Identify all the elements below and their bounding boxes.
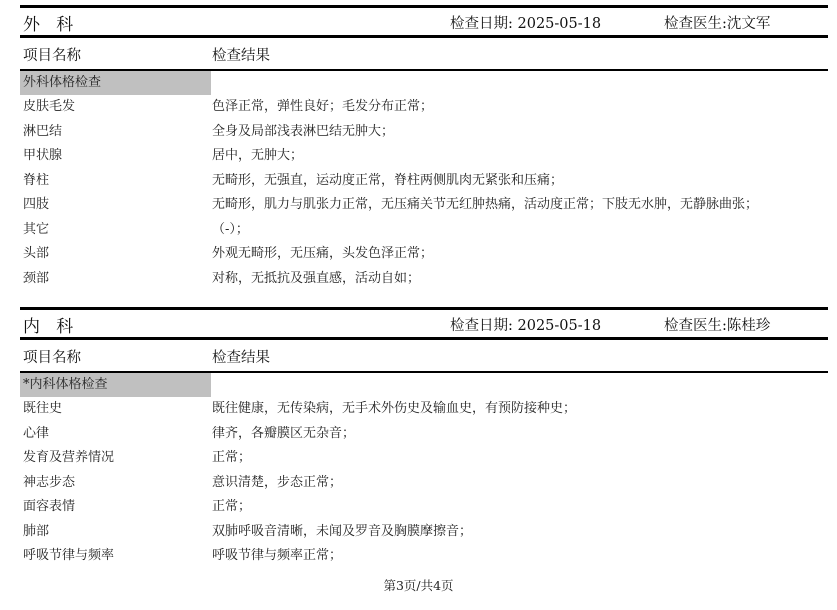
item-result: 无畸形，无强直，运动度正常，脊柱两侧肌肉无紧张和压痛； <box>212 169 828 194</box>
column-header-result: 检查结果 <box>212 346 270 367</box>
column-header-result: 检查结果 <box>212 44 270 65</box>
item-result: 律齐，各瓣膜区无杂音； <box>212 422 828 447</box>
item-result: 呼吸节律与频率正常； <box>212 544 828 569</box>
item-result: 正常； <box>212 446 828 471</box>
item-result: 色泽正常，弹性良好；毛发分布正常； <box>212 95 828 120</box>
table-row: 发育及营养情况 正常； <box>20 446 828 471</box>
section-header: 外 科 检查日期: 2025-05-18 检查医生:沈文军 <box>20 5 828 38</box>
item-result: 外观无畸形，无压痛，头发色泽正常； <box>212 242 828 267</box>
exam-doctor: 检查医生:沈文军 <box>664 12 770 33</box>
section-internal-medicine: 内 科 检查日期: 2025-05-18 检查医生:陈桂珍 项目名称 检查结果 … <box>20 307 828 569</box>
item-result: 正常； <box>212 495 828 520</box>
section-title: 外 科 <box>23 10 73 35</box>
item-result: 全身及局部浅表淋巴结无肿大； <box>212 120 828 145</box>
item-result: 双肺呼吸音清晰，未闻及罗音及胸膜摩擦音； <box>212 520 828 545</box>
category-label: *内科体格检查 <box>20 373 211 397</box>
exam-doctor: 检查医生:陈桂珍 <box>664 314 770 335</box>
item-result: 居中，无肿大； <box>212 144 828 169</box>
table-row: 其它 （-）； <box>20 218 828 243</box>
item-result: 既往健康，无传染病，无手术外伤史及输血史，有预防接种史； <box>212 397 828 422</box>
table-row: 既往史 既往健康，无传染病，无手术外伤史及输血史，有预防接种史； <box>20 397 828 422</box>
item-name: 其它 <box>20 218 212 243</box>
item-name: 既往史 <box>20 397 212 422</box>
table-row: 头部 外观无畸形，无压痛，头发色泽正常； <box>20 242 828 267</box>
item-name: 头部 <box>20 242 212 267</box>
item-name: 呼吸节律与频率 <box>20 544 212 569</box>
column-header-name: 项目名称 <box>23 44 81 65</box>
table-row: 四肢 无畸形，肌力与肌张力正常，无压痛关节无红肿热痛，活动度正常；下肢无水肿，无… <box>20 193 828 218</box>
table-row: 颈部 对称，无抵抗及强直感，活动自如； <box>20 267 828 292</box>
item-name: 四肢 <box>20 193 212 218</box>
table-row: 皮肤毛发 色泽正常，弹性良好；毛发分布正常； <box>20 95 828 120</box>
page-number: 第3页/共4页 <box>0 576 837 594</box>
category-row: *内科体格检查 <box>20 373 828 397</box>
exam-date: 检查日期: 2025-05-18 <box>450 314 601 335</box>
table-row: 淋巴结 全身及局部浅表淋巴结无肿大； <box>20 120 828 145</box>
item-name: 发育及营养情况 <box>20 446 212 471</box>
section-title: 内 科 <box>23 312 73 337</box>
table-row: 面容表情 正常； <box>20 495 828 520</box>
item-result: 对称，无抵抗及强直感，活动自如； <box>212 267 828 292</box>
category-label: 外科体格检查 <box>20 71 211 95</box>
item-name: 心律 <box>20 422 212 447</box>
item-name: 甲状腺 <box>20 144 212 169</box>
section-surgery: 外 科 检查日期: 2025-05-18 检查医生:沈文军 项目名称 检查结果 … <box>20 5 828 291</box>
item-name: 脊柱 <box>20 169 212 194</box>
item-result: 意识清楚，步态正常； <box>212 471 828 496</box>
table-row: 甲状腺 居中，无肿大； <box>20 144 828 169</box>
table-row: 肺部 双肺呼吸音清晰，未闻及罗音及胸膜摩擦音； <box>20 520 828 545</box>
item-name: 淋巴结 <box>20 120 212 145</box>
table-row: 神志步态 意识清楚，步态正常； <box>20 471 828 496</box>
table-row: 呼吸节律与频率 呼吸节律与频率正常； <box>20 544 828 569</box>
exam-date: 检查日期: 2025-05-18 <box>450 12 601 33</box>
table-row: 心律 律齐，各瓣膜区无杂音； <box>20 422 828 447</box>
category-row: 外科体格检查 <box>20 71 828 95</box>
item-name: 神志步态 <box>20 471 212 496</box>
column-header-row: 项目名称 检查结果 <box>20 38 828 71</box>
item-name: 面容表情 <box>20 495 212 520</box>
table-row: 脊柱 无畸形，无强直，运动度正常，脊柱两侧肌肉无紧张和压痛； <box>20 169 828 194</box>
item-name: 皮肤毛发 <box>20 95 212 120</box>
item-name: 颈部 <box>20 267 212 292</box>
column-header-row: 项目名称 检查结果 <box>20 340 828 373</box>
column-header-name: 项目名称 <box>23 346 81 367</box>
item-result: 无畸形，肌力与肌张力正常，无压痛关节无红肿热痛，活动度正常；下肢无水肿，无静脉曲… <box>212 193 828 218</box>
item-name: 肺部 <box>20 520 212 545</box>
item-result: （-）； <box>212 218 828 243</box>
section-header: 内 科 检查日期: 2025-05-18 检查医生:陈桂珍 <box>20 307 828 340</box>
